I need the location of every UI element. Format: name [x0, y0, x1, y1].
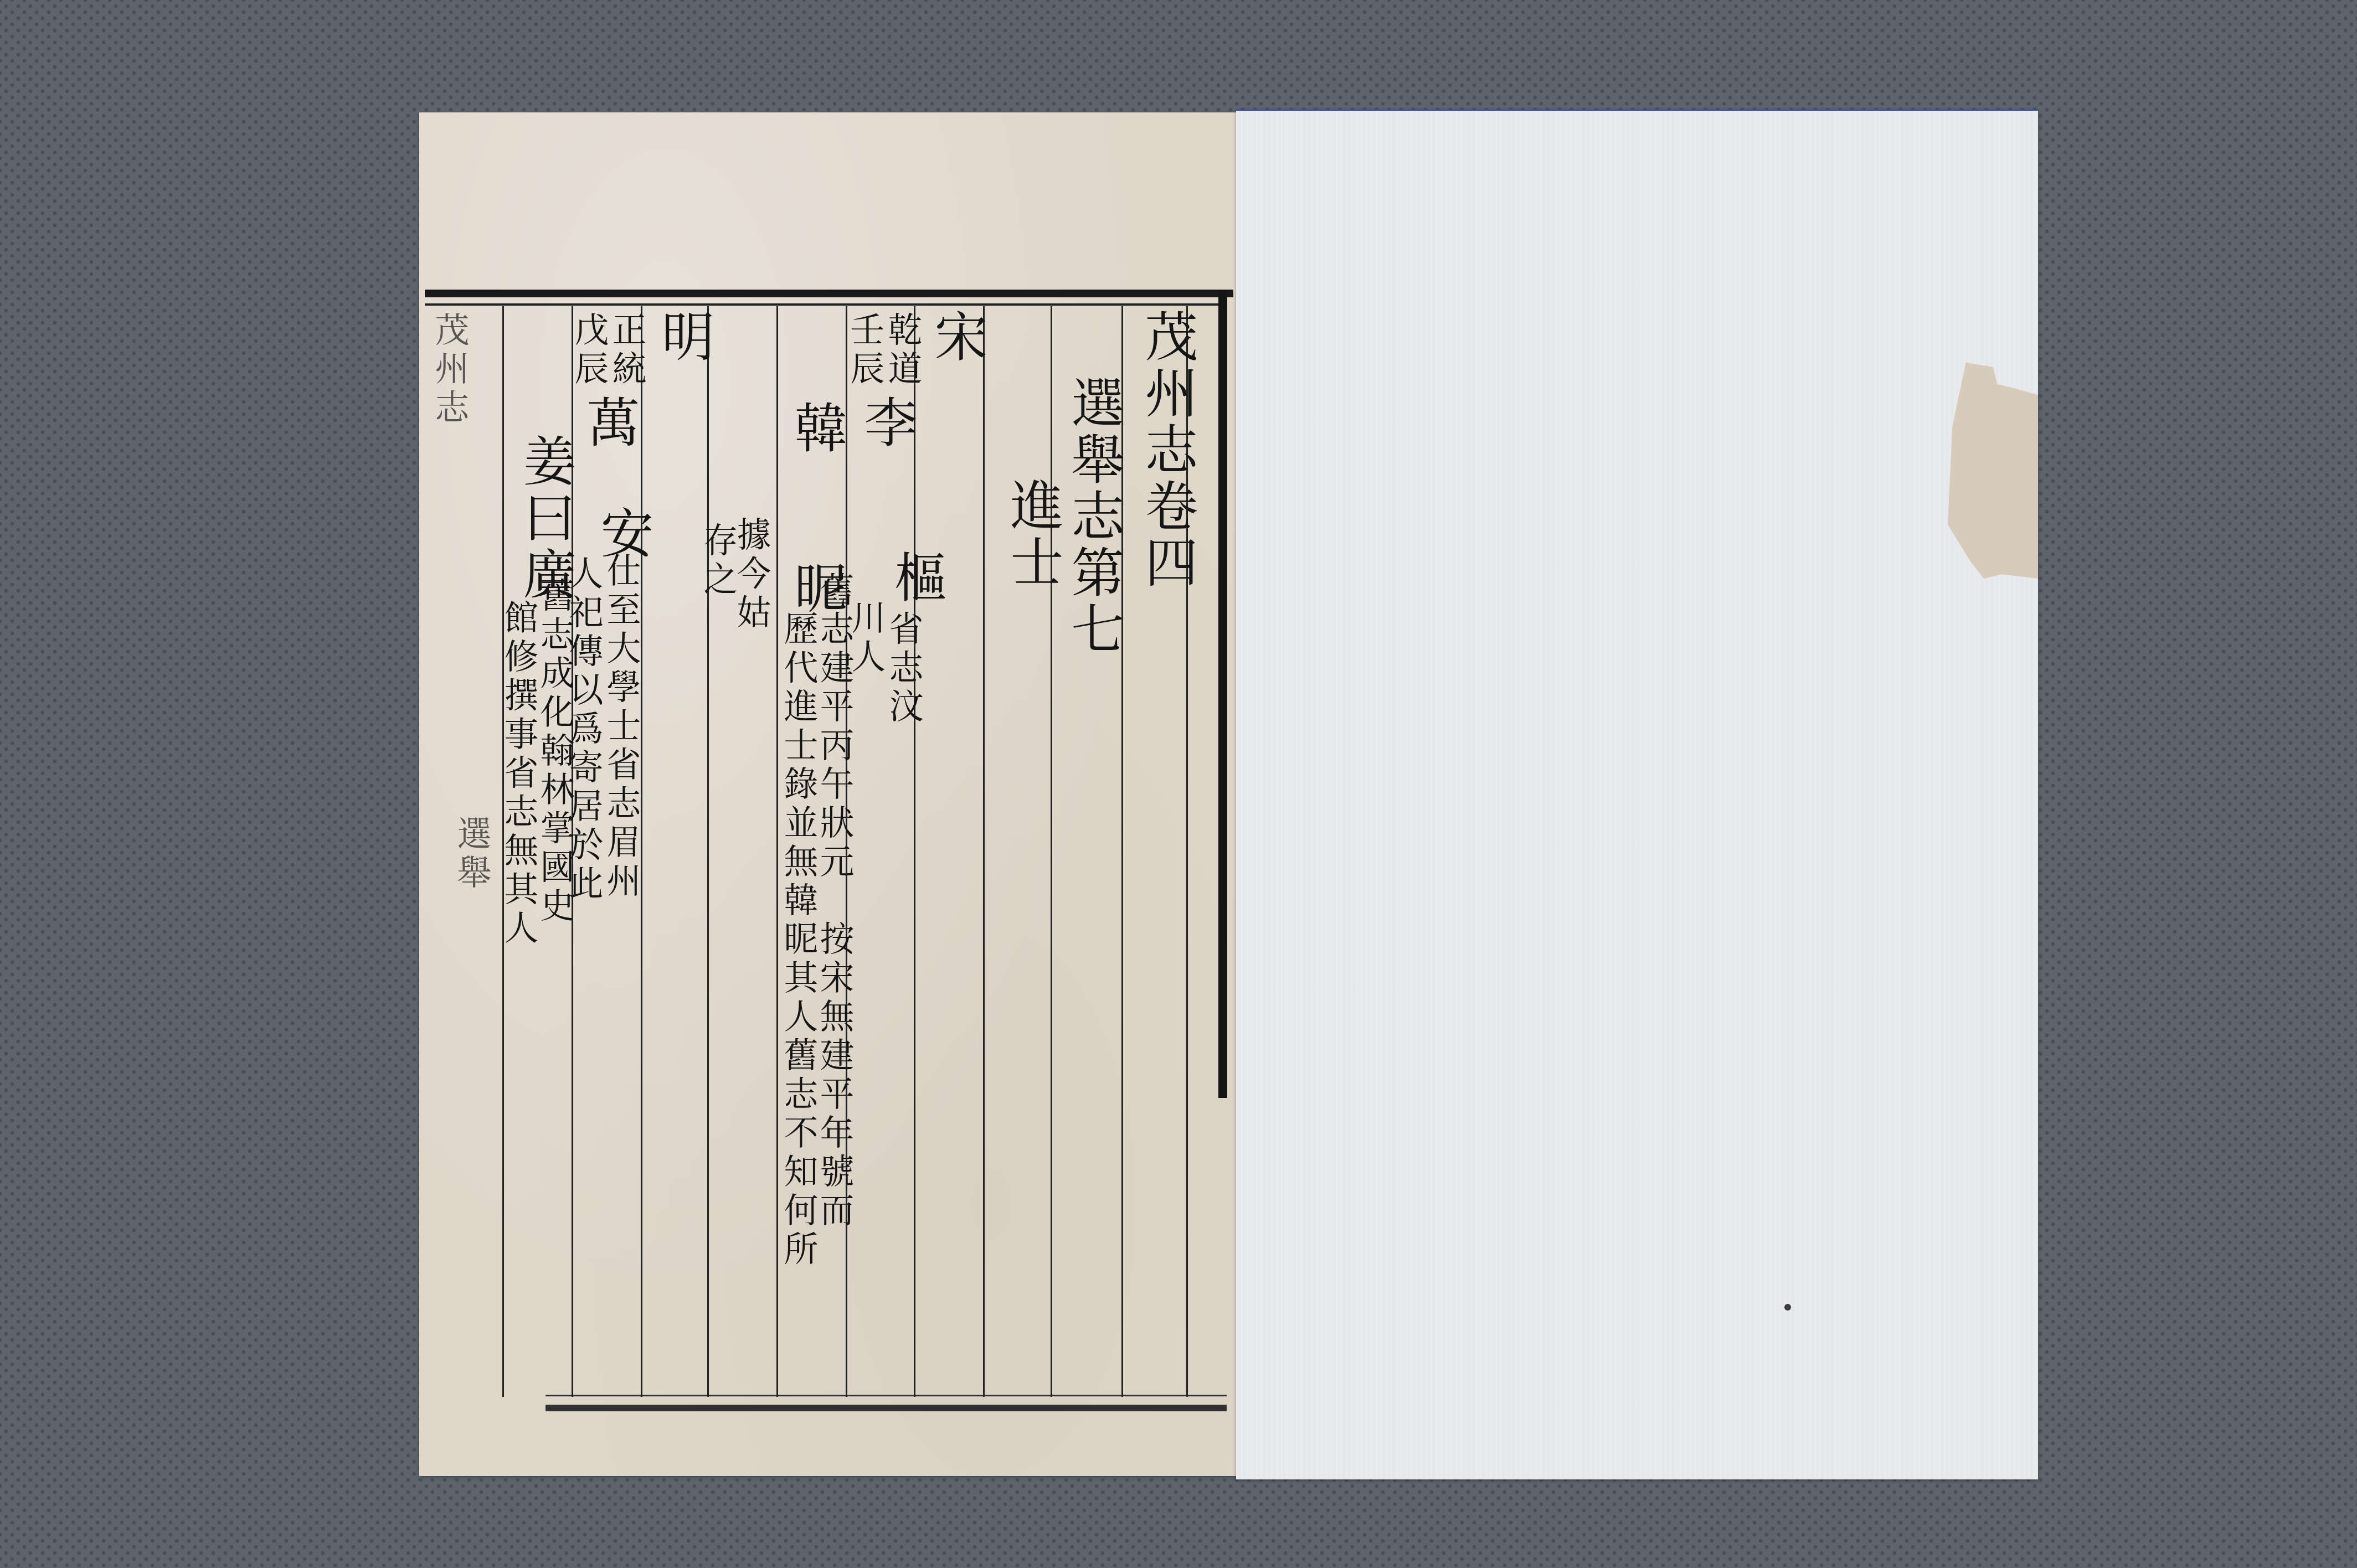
- column-rule: [707, 306, 709, 1397]
- left-page: 茂州志卷四 選舉志第七 進士 宋 乾道 壬辰 李 樞 省志汶 川人 韓 昵 舊志…: [419, 112, 1238, 1476]
- era-note: 戊辰: [564, 312, 614, 389]
- volume-title: 茂州志卷四: [1130, 309, 1206, 591]
- annotation-note: 館修撰事省志無其人: [494, 600, 543, 948]
- frame-bottom-inner-line: [545, 1395, 1227, 1396]
- right-page: [1236, 110, 2038, 1479]
- frame-top-border: [425, 290, 1233, 297]
- column-rule: [914, 306, 915, 1397]
- person-name: 韓: [779, 400, 855, 457]
- subsection-title: 進士: [995, 478, 1071, 591]
- banxin-section: 選舉: [447, 816, 496, 893]
- dynasty-ming: 明: [646, 309, 722, 365]
- ink-spot: [1784, 1304, 1791, 1311]
- person-name: 李: [849, 395, 925, 451]
- repair-patch: [1948, 363, 2038, 579]
- annotation-note: 存之: [693, 522, 743, 600]
- column-rule: [983, 306, 985, 1397]
- column-rule: [1051, 306, 1052, 1397]
- person-name: 樞: [879, 550, 955, 606]
- frame-bottom-border: [545, 1405, 1227, 1411]
- dynasty-song: 宋: [919, 309, 995, 365]
- annotation-note: 歷代進士錄並無韓昵其人舊志不知何所: [774, 611, 823, 1270]
- era-note: 壬辰: [840, 312, 889, 389]
- frame-right-border: [1218, 290, 1227, 1098]
- banxin-title: 茂州志: [425, 312, 474, 428]
- frame-top-inner-line: [425, 303, 1222, 306]
